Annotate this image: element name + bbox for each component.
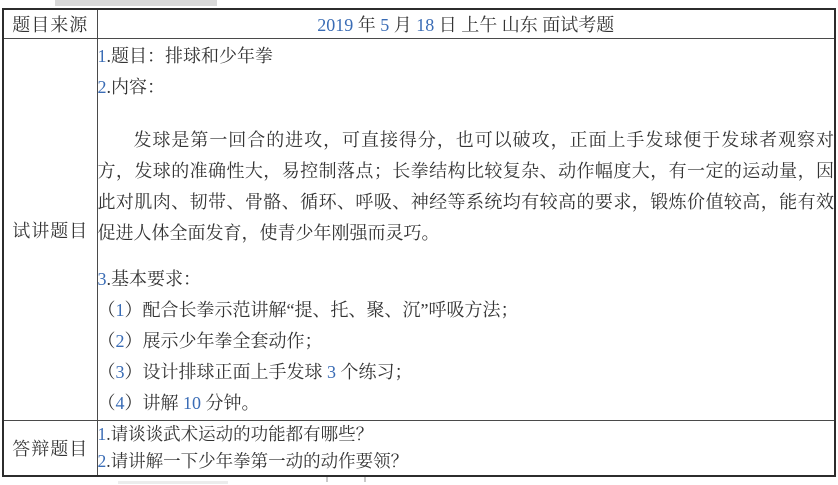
row-label-lecture: 试讲题目 (3, 39, 97, 421)
row-defense: 答辩题目 1.请谈谈武术运动的功能都有哪些？ 2.请讲解一下少年拳第一动的动作要… (3, 421, 835, 477)
row-source: 题目来源 2019 年 5 月 18 日 上午 山东 面试考题 (3, 9, 835, 39)
defense-question: 1.请谈谈武术运动的功能都有哪些？ (98, 421, 835, 448)
lecture-requirement-item: （4）讲解 10 分钟。 (98, 388, 835, 419)
lecture-content-line: 2.内容： (98, 72, 835, 103)
lecture-paragraph: 发球是第一回合的进攻，可直接得分，也可以破攻，正面上手发球便于发球者观察对方，发… (98, 125, 835, 249)
row-label-defense: 答辩题目 (3, 421, 97, 477)
source-date-text: 2019 年 5 月 18 日 上午 山东 面试考题 (97, 9, 835, 39)
lecture-requirement-item: （1）配合长拳示范讲解“提、托、聚、沉”呼吸方法； (98, 295, 835, 326)
defense-question: 2.请讲解一下少年拳第一动的动作要领？ (98, 448, 835, 475)
lecture-requirement-item: （3）设计排球正面上手发球 3 个练习； (98, 357, 835, 388)
page-edge-artifact-top (55, 0, 217, 6)
row-label-source: 题目来源 (3, 9, 97, 39)
page-edge-artifact-bottom (118, 481, 228, 484)
exam-question-page: 题目来源 2019 年 5 月 18 日 上午 山东 面试考题 试讲题目 1.题… (0, 0, 838, 485)
lecture-requirements-title: 3.基本要求： (98, 264, 835, 295)
row-lecture: 试讲题目 1.题目：排球和少年拳 2.内容： 发球是第一回合的进攻，可直接得分，… (3, 39, 835, 421)
lecture-content: 1.题目：排球和少年拳 2.内容： 发球是第一回合的进攻，可直接得分，也可以破攻… (97, 39, 835, 421)
lecture-title-line: 1.题目：排球和少年拳 (98, 41, 835, 72)
defense-content: 1.请谈谈武术运动的功能都有哪些？ 2.请讲解一下少年拳第一动的动作要领？ (97, 421, 835, 477)
exam-question-table: 题目来源 2019 年 5 月 18 日 上午 山东 面试考题 试讲题目 1.题… (2, 8, 836, 477)
lecture-requirement-item: （2）展示少年拳全套动作； (98, 326, 835, 357)
